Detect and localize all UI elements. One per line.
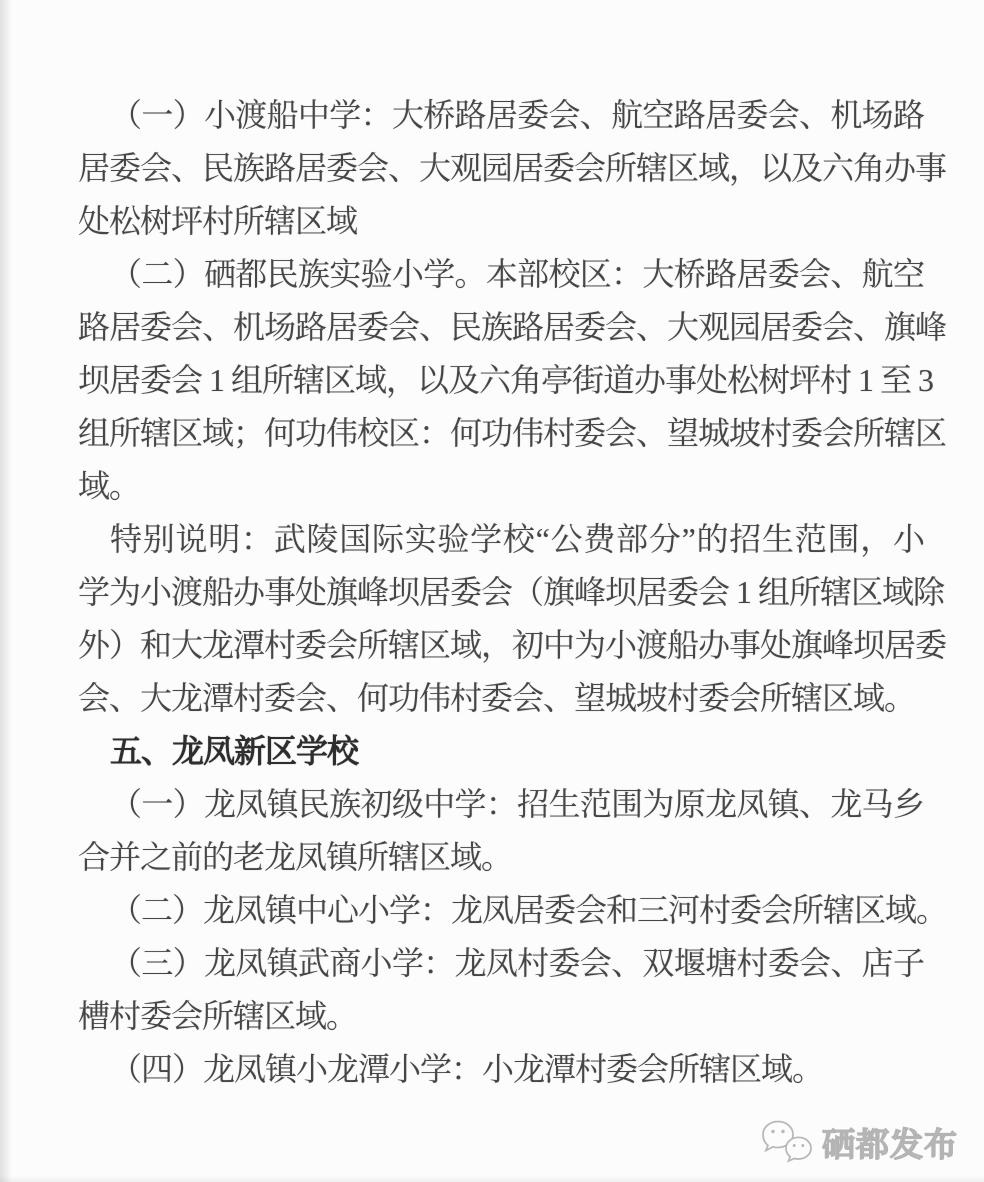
text-line: 会、大龙潭村委会、何功伟村委会、望城坡村委会所辖区域。 [78,672,924,725]
watermark-label: 硒都发布 [822,1119,958,1166]
text-line: （一）龙凤镇民族初级中学：招生范围为原龙凤镇、龙马乡 [78,778,924,831]
text-line: 路居委会、机场路居委会、民族路居委会、大观园居委会、旗峰 [78,301,924,354]
text-line: 坝居委会 1 组所辖区域，以及六角亭街道办事处松树坪村 1 至 3 [78,354,924,407]
document-lines: （一）小渡船中学：大桥路居委会、航空路居委会、机场路居委会、民族路居委会、大观园… [78,89,924,1096]
text-line: 处松树坪村所辖区域 [78,195,924,248]
watermark: 硒都发布 [758,1118,958,1166]
text-line: 域。 [78,460,924,513]
scanned-page: （一）小渡船中学：大桥路居委会、航空路居委会、机场路居委会、民族路居委会、大观园… [0,0,984,1182]
text-line: （三）龙凤镇武商小学：龙凤村委会、双堰塘村委会、店子 [78,937,924,990]
wechat-icon [758,1118,816,1166]
text-line: 合并之前的老龙凤镇所辖区域。 [78,831,924,884]
text-line: （二）龙凤镇中心小学：龙凤居委会和三河村委会所辖区域。 [78,884,924,937]
text-line: 特别说明：武陵国际实验学校“公费部分”的招生范围，小 [78,513,924,566]
text-line: （一）小渡船中学：大桥路居委会、航空路居委会、机场路 [78,89,924,142]
text-line: 居委会、民族路居委会、大观园居委会所辖区域，以及六角办事 [78,142,924,195]
text-line: （二）硒都民族实验小学。本部校区：大桥路居委会、航空 [78,248,924,301]
text-line: 学为小渡船办事处旗峰坝居委会（旗峰坝居委会 1 组所辖区域除 [78,566,924,619]
text-line: 组所辖区域；何功伟校区：何功伟村委会、望城坡村委会所辖区 [78,407,924,460]
section-heading: 五、龙凤新区学校 [78,725,924,778]
text-line: 槽村委会所辖区域。 [78,990,924,1043]
text-line: （四）龙凤镇小龙潭小学：小龙潭村委会所辖区域。 [78,1043,924,1096]
text-line: 外）和大龙潭村委会所辖区域，初中为小渡船办事处旗峰坝居委 [78,619,924,672]
